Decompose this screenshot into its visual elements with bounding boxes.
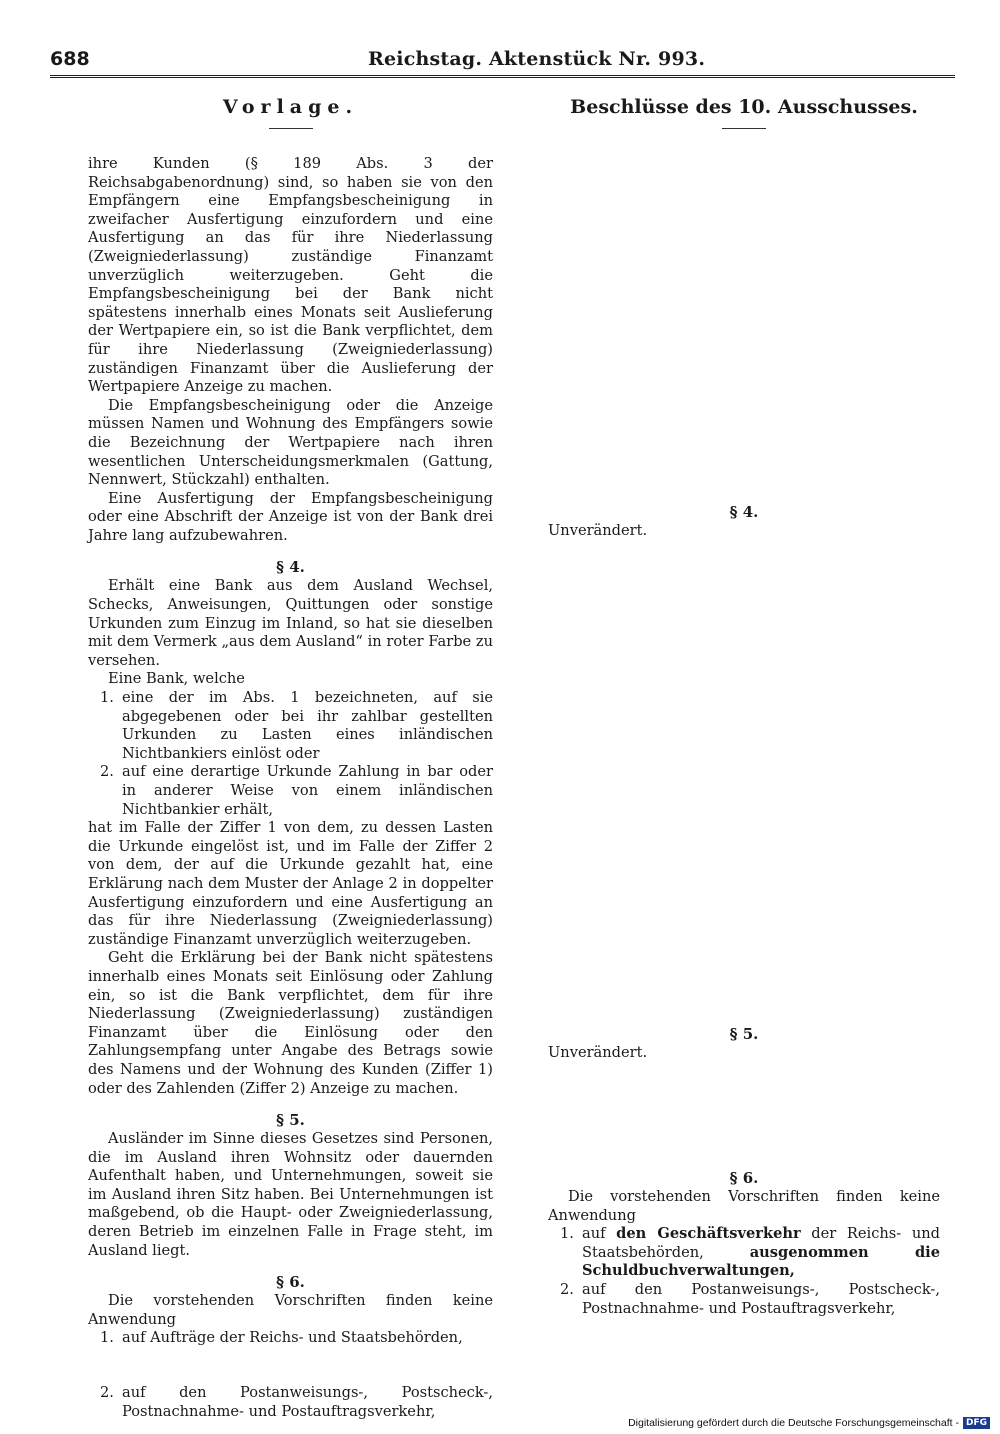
list-number: 1. xyxy=(100,689,122,763)
section-heading-5: § 5. xyxy=(548,1024,940,1044)
paragraph: Eine Ausfertigung der Empfangsbescheinig… xyxy=(88,490,493,546)
section-heading-4: § 4. xyxy=(548,502,940,522)
title-rule xyxy=(722,128,766,129)
column-title-vorlage: Vorlage. xyxy=(88,92,493,122)
column-title-beschluesse: Beschlüsse des 10. Ausschusses. xyxy=(548,92,940,122)
list-text: auf Aufträge der Reichs- und Staatsbehör… xyxy=(122,1329,493,1348)
section-heading-6: § 6. xyxy=(548,1168,940,1188)
page-number: 688 xyxy=(50,48,90,70)
list-number: 1. xyxy=(100,1329,122,1348)
column-vorlage: Vorlage. ihre Kunden (§ 189 Abs. 3 der R… xyxy=(88,92,493,1421)
list-number: 2. xyxy=(100,763,122,819)
paragraph: Erhält eine Bank aus dem Ausland Wechsel… xyxy=(88,577,493,670)
right-section-5: § 5. Unverändert. xyxy=(548,1024,940,1063)
section-heading-5: § 5. xyxy=(88,1110,493,1130)
paragraph: Die vorstehenden Vorschriften finden kei… xyxy=(88,1292,493,1329)
section-heading-4: § 4. xyxy=(88,557,493,577)
list-item: 1. auf Aufträge der Reichs- und Staatsbe… xyxy=(100,1329,493,1348)
unchanged-note: Unverändert. xyxy=(548,1044,940,1063)
credit-text: Digitalisierung gefördert durch die Deut… xyxy=(628,1417,959,1429)
text-run: auf xyxy=(582,1225,616,1242)
list-item: 2. auf eine derartige Urkunde Zahlung in… xyxy=(100,763,493,819)
list-text: auf den Postanweisungs-, Postscheck-, Po… xyxy=(582,1281,940,1318)
list-number: 1. xyxy=(560,1225,582,1281)
paragraph: Die vorstehenden Vorschriften finden kei… xyxy=(548,1188,940,1225)
paragraph: hat im Falle der Ziffer 1 von dem, zu de… xyxy=(88,819,493,949)
paragraph: Ausländer im Sinne dieses Gesetzes sind … xyxy=(88,1130,493,1260)
paragraph: Eine Bank, welche xyxy=(88,670,493,689)
list-item: 2. auf den Postanweisungs-, Postscheck-,… xyxy=(560,1281,940,1318)
document-page: 688 Reichstag. Aktenstück Nr. 993. Vorla… xyxy=(0,0,1000,1434)
list-item: 1. auf den Geschäftsverkehr der Reichs- … xyxy=(560,1225,940,1281)
running-title: Reichstag. Aktenstück Nr. 993. xyxy=(368,48,705,70)
paragraph: ihre Kunden (§ 189 Abs. 3 der Reichsabga… xyxy=(88,155,493,397)
section-heading-6: § 6. xyxy=(88,1272,493,1292)
list-item: 1. eine der im Abs. 1 bezeichneten, auf … xyxy=(100,689,493,763)
right-section-6: § 6. Die vorstehenden Vorschriften finde… xyxy=(548,1168,940,1318)
amendment-bold: den Geschäftsverkehr xyxy=(616,1225,801,1242)
unchanged-note: Unverändert. xyxy=(548,522,940,541)
list-text: eine der im Abs. 1 bezeichneten, auf sie… xyxy=(122,689,493,763)
dfg-logo-icon: DFG xyxy=(963,1417,990,1429)
digitization-credit: Digitalisierung gefördert durch die Deut… xyxy=(628,1417,990,1429)
list-item: 2. auf den Postanweisungs-, Postscheck-,… xyxy=(100,1384,493,1421)
list-text: auf eine derartige Urkunde Zahlung in ba… xyxy=(122,763,493,819)
paragraph: Geht die Erklärung bei der Bank nicht sp… xyxy=(88,949,493,1098)
header-rule xyxy=(50,75,955,78)
right-section-4: § 4. Unverändert. xyxy=(548,502,940,541)
paragraph: Die Empfangsbescheinigung oder die Anzei… xyxy=(88,397,493,490)
list-number: 2. xyxy=(560,1281,582,1318)
page-header: 688 Reichstag. Aktenstück Nr. 993. xyxy=(50,48,950,74)
list-text: auf den Postanweisungs-, Postscheck-, Po… xyxy=(122,1384,493,1421)
list-number: 2. xyxy=(100,1384,122,1421)
column-beschluesse: Beschlüsse des 10. Ausschusses. § 4. Unv… xyxy=(548,92,940,129)
list-text: auf den Geschäftsverkehr der Reichs- und… xyxy=(582,1225,940,1281)
